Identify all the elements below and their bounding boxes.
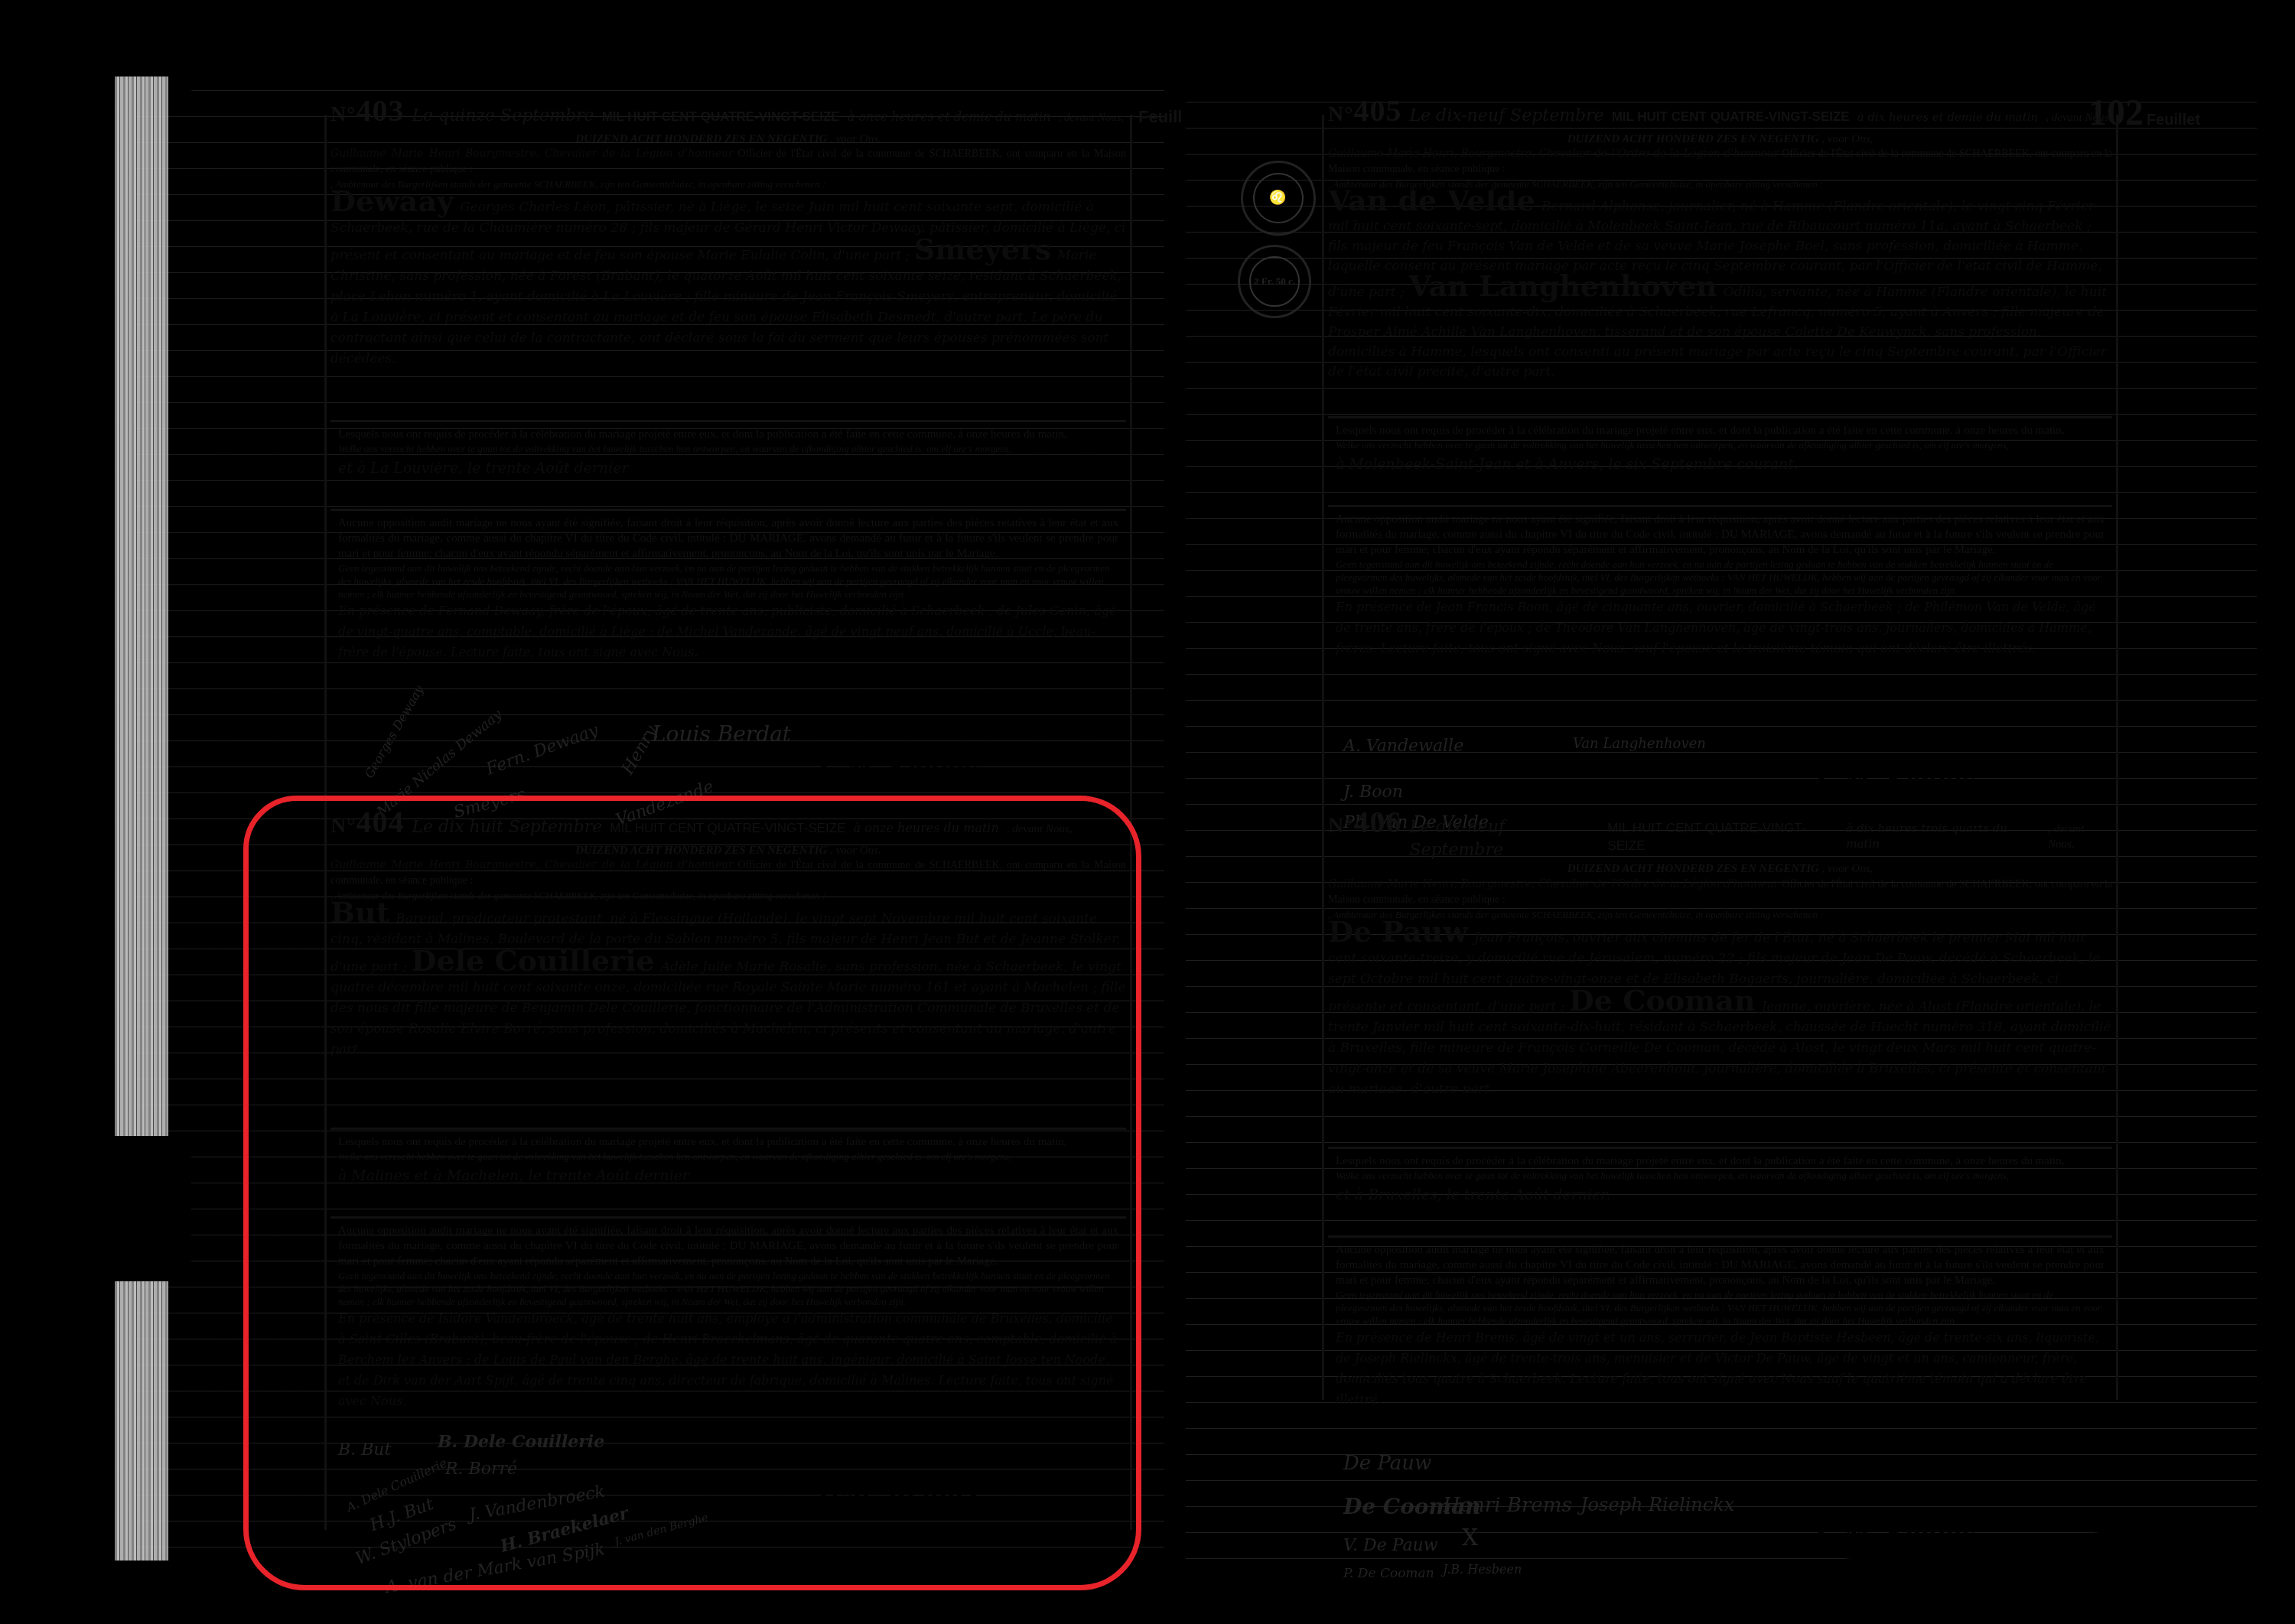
bride-surname: Van Langhenhoven (1408, 268, 1717, 303)
bride-surname: Smeyers (914, 232, 1052, 266)
witnesses: En présence de Isidore Vandenbroeck, âgé… (338, 1308, 1118, 1411)
bride-surname: Dele Couillerie (411, 943, 654, 978)
groom-surname: De Pauw (1328, 921, 1468, 949)
act-year: MIL HUIT CENT QUATRE-VINGT-SEIZE (602, 109, 840, 126)
publication-place: à Malines et à Machelen, le trente Août … (338, 1163, 1118, 1189)
groom-surname: Van de Velde (1328, 190, 1535, 217)
act-405: N°405 Le dix-neuf Septembre MIL HUIT CEN… (1328, 90, 2112, 850)
mayor-signature: G.M. Kennis. (1818, 766, 1983, 797)
groom-surname: Dewaay (330, 190, 454, 218)
act-number: N°403 (330, 90, 404, 132)
act-403: N°403 Le quinze Septembre MIL HUIT CENT … (330, 90, 1126, 854)
bride-surname: De Cooman (1569, 983, 1756, 1017)
mayor-signature: G.M. Kennis (820, 1477, 978, 1508)
act-time: à dix heures trois quarts du matin (1846, 821, 2040, 852)
act-number: 404 (356, 805, 404, 839)
act-time: à dix heures et demie du matin (1857, 109, 2039, 125)
act-date: Le dix-neuf Septembre (1409, 816, 1600, 861)
dimension-stamp: 2 Fr. 50 c. (1238, 245, 1311, 318)
act-date: Le dix-neuf Septembre (1409, 105, 1603, 128)
publication-place: et à La Louvière, le trente Août dernier (338, 455, 1118, 481)
book-gutter (1164, 46, 1186, 1622)
extraordinary-stamp: ♌ (1241, 161, 1316, 236)
signatures-406: De Pauw De Cooman V. De Pauw P. De Cooma… (1328, 1435, 2112, 1580)
bride-details: Marie Christine, sans profession, née à … (330, 248, 1121, 366)
page-edges (115, 76, 168, 1561)
act-404: N°404 Le dix huit Septembre MIL HUIT CEN… (330, 802, 1126, 1561)
register-book: Feuill N°403 Le quinze Septembre MIL HUI… (0, 0, 2295, 1624)
officer-name: Guillaume Marie Henri Bourgmestre, Cheva… (330, 859, 734, 871)
left-folio-label: Feuill (1138, 107, 1182, 127)
black-tab-marker (61, 1136, 191, 1281)
act-time: à onze heures et demie du matin (848, 109, 1051, 125)
officer-name: Guillaume Marie Henri Bourgmestre, Cheva… (330, 148, 734, 160)
groom-surname: But (330, 902, 389, 929)
publication-place: à Molenbeek-Saint-Jean et à Anvers, le s… (1336, 451, 2105, 477)
act-time: à onze heures du matin (854, 820, 999, 837)
signatures-404: B. But B. Dele Couillerie A. Dele Couill… (330, 1416, 1126, 1561)
officer-name: Guillaume Marie Henri, Bourgmestre, Chev… (1328, 148, 1779, 160)
act-number: 405 (1353, 93, 1401, 128)
mayor-signature: G.M. Kennis. (820, 754, 985, 786)
witnesses: En présence de Henri Brems, âgé de vingt… (1336, 1327, 2105, 1430)
witnesses: En présence de Fernand Dewaay, frère de … (338, 600, 1118, 704)
act-date: Le dix huit Septembre (412, 816, 602, 839)
lion-emblem-icon: ♌ (1253, 173, 1304, 224)
act-406: N°406 Le dix-neuf Septembre MIL HUIT CEN… (1328, 802, 2112, 1580)
act-date: Le quinze Septembre (412, 105, 594, 128)
officer-name: Guillaume Marie Henri, Bourgmestre, Chev… (1328, 878, 1779, 890)
witnesses: En présence de Jean Francis Boon, âgé de… (1336, 597, 2105, 700)
publication-place: et à Bruxelles, le trente Août dernier. (1336, 1182, 2105, 1208)
act-number: 406 (1353, 805, 1401, 839)
mayor-signature: G.M. Kennis. (1818, 1519, 1983, 1551)
act-year-nl: DUIZEND ACHT HONDERD ZES EN NEGENTIG (575, 133, 827, 145)
